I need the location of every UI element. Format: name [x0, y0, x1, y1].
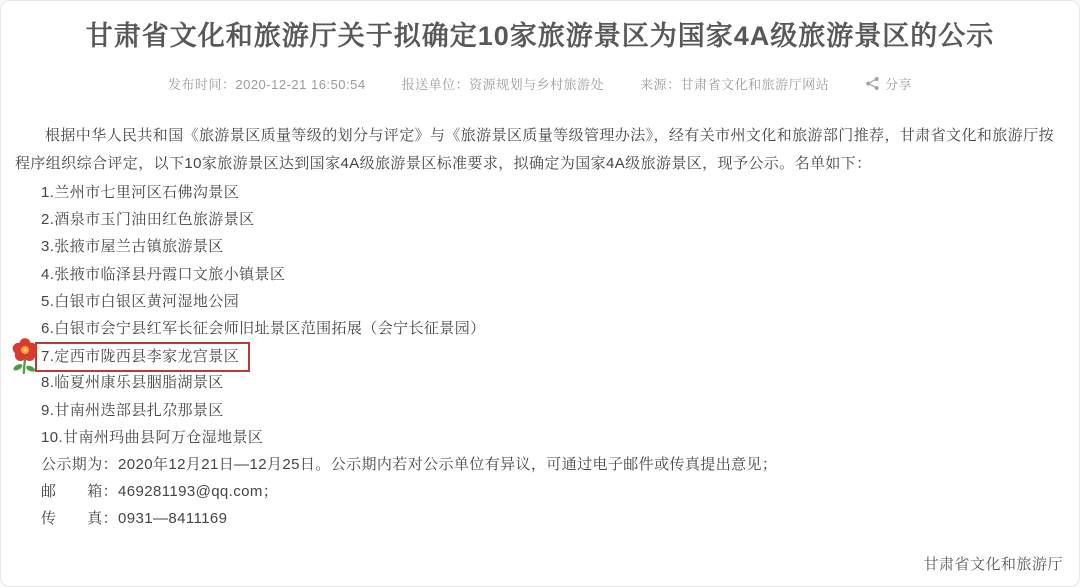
intro-paragraph: 根据中华人民共和国《旅游景区质量等级的划分与评定》与《旅游景区质量等级管理办法》…: [15, 122, 1065, 178]
list-item-text: 2.酒泉市玉门油田红色旅游景区: [41, 211, 255, 228]
meta-row: 发布时间：2020-12-21 16:50:54 报送单位：资源规划与乡村旅游处…: [1, 74, 1079, 93]
article-body: 根据中华人民共和国《旅游景区质量等级的划分与评定》与《旅游景区质量等级管理办法》…: [15, 122, 1065, 532]
notice-period-line: 公示期为：2020年12月21日—12月25日。公示期内若对公示单位有异议，可通…: [15, 451, 1065, 478]
list-item: 8.临夏州康乐县胭脂湖景区: [15, 369, 1065, 396]
list-item-text: 9.甘南州迭部县扎尕那景区: [41, 402, 224, 419]
page-title: 甘肃省文化和旅游厅关于拟确定10家旅游景区为国家4A级旅游景区的公示: [1, 1, 1079, 53]
list-item: 3.张掖市屋兰古镇旅游景区: [15, 233, 1065, 260]
list-item-text: 6.白银市会宁县红军长征会师旧址景区范围拓展（会宁长征景园）: [41, 320, 486, 337]
list-item-text: 1.兰州市七里河区石佛沟景区: [41, 184, 239, 201]
list-item: 6.白银市会宁县红军长征会师旧址景区范围拓展（会宁长征景园）: [15, 315, 1065, 342]
list-item: 2.酒泉市玉门油田红色旅游景区: [15, 206, 1065, 233]
list-item-text: 3.张掖市屋兰古镇旅游景区: [41, 238, 224, 255]
announcement-page: 甘肃省文化和旅游厅关于拟确定10家旅游景区为国家4A级旅游景区的公示 发布时间：…: [0, 0, 1080, 587]
list-item: 7.定西市陇西县李家龙宫景区: [15, 342, 1065, 369]
list-item-text: 10.甘南州玛曲县阿万仓湿地景区: [41, 429, 263, 446]
list-item-text: 8.临夏州康乐县胭脂湖景区: [41, 374, 224, 391]
list-item-text: 4.张掖市临泽县丹霞口文旅小镇景区: [41, 266, 285, 283]
scenic-list: 1.兰州市七里河区石佛沟景区2.酒泉市玉门油田红色旅游景区3.张掖市屋兰古镇旅游…: [15, 179, 1065, 451]
list-item: 4.张掖市临泽县丹霞口文旅小镇景区: [15, 261, 1065, 288]
list-item-text: 5.白银市白银区黄河湿地公园: [41, 293, 239, 310]
share-button[interactable]: 分享: [865, 74, 912, 93]
issuer-signature: 甘肃省文化和旅游厅: [923, 553, 1063, 574]
share-label: 分享: [885, 74, 912, 93]
source: 来源：甘肃省文化和旅游厅网站: [640, 74, 829, 93]
share-nodes-icon: [865, 76, 880, 91]
email-line: 邮 箱：469281193@qq.com；: [15, 478, 1065, 505]
publish-time: 发布时间：2020-12-21 16:50:54: [168, 74, 366, 93]
flower-icon: [8, 336, 42, 375]
submit-unit: 报送单位：资源规划与乡村旅游处: [402, 74, 605, 93]
list-item: 1.兰州市七里河区石佛沟景区: [15, 179, 1065, 206]
list-item: 10.甘南州玛曲县阿万仓湿地景区: [15, 424, 1065, 451]
highlight-box: 7.定西市陇西县李家龙宫景区: [35, 342, 250, 372]
fax-line: 传 真：0931—8411169: [15, 505, 1065, 532]
list-item: 5.白银市白银区黄河湿地公园: [15, 288, 1065, 315]
list-item: 9.甘南州迭部县扎尕那景区: [15, 397, 1065, 424]
